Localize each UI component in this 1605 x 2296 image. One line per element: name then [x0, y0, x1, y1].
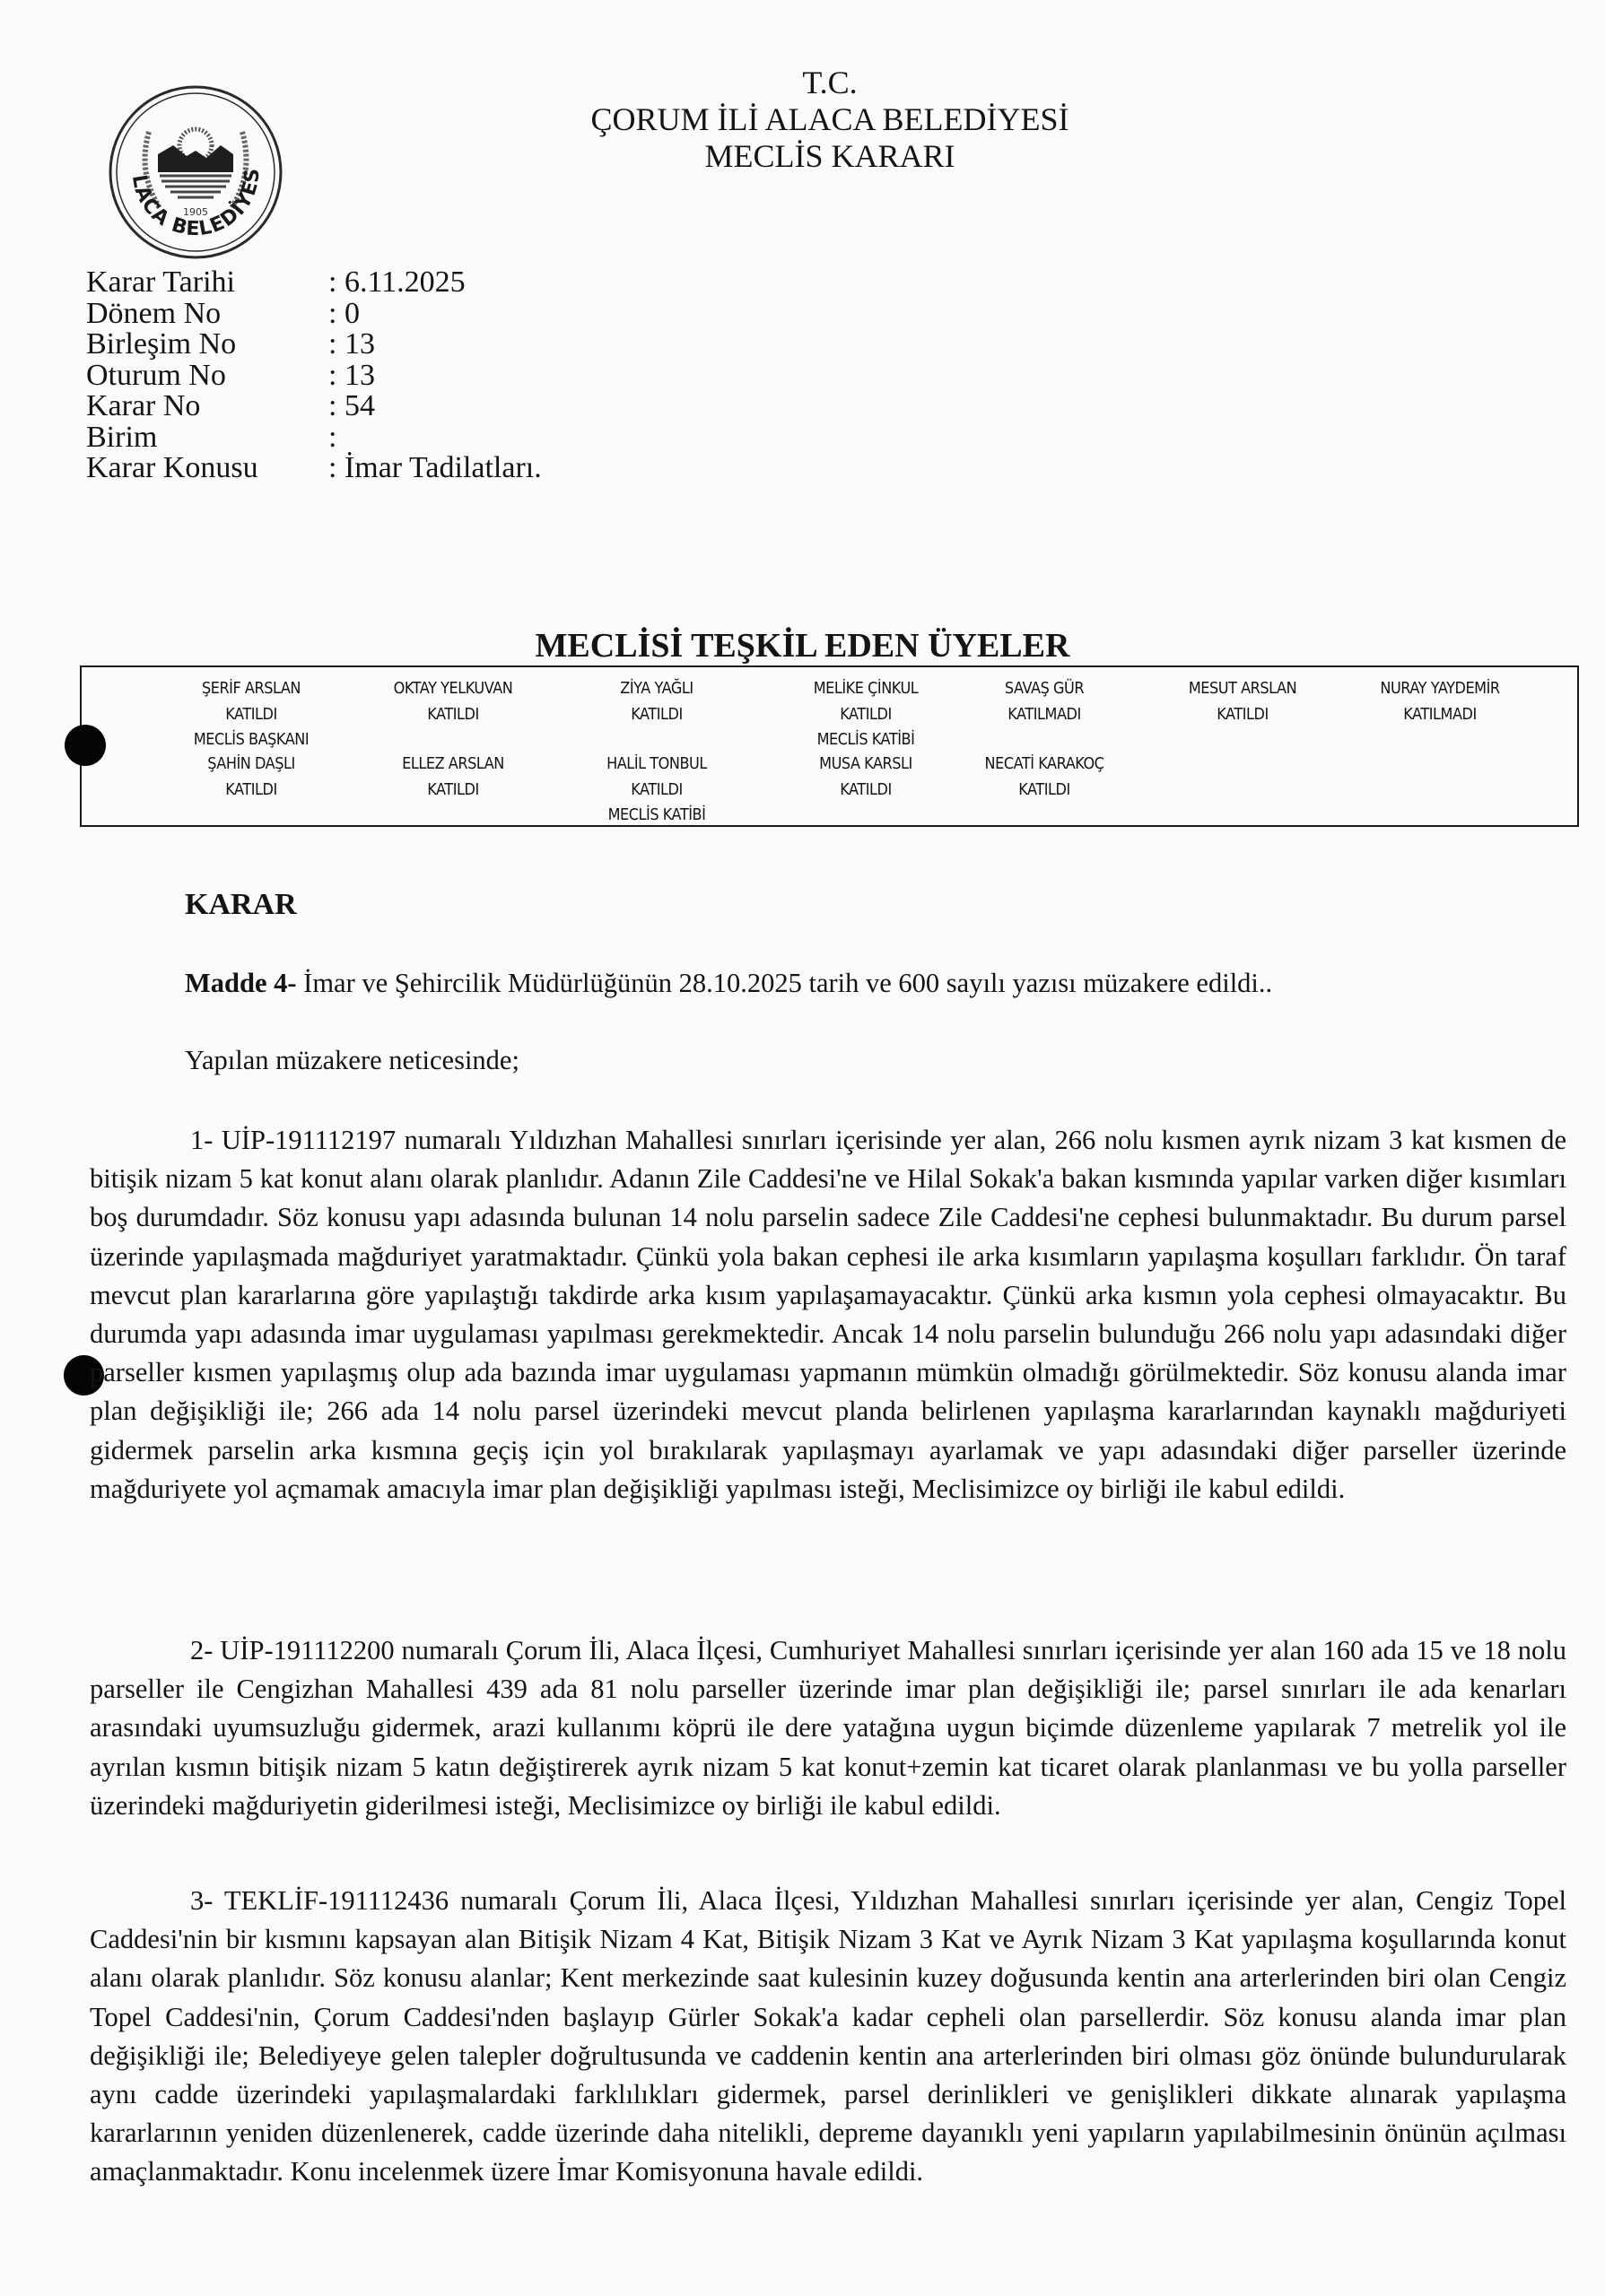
member-name: ZİYA YAĞLI [558, 676, 756, 702]
member-role: MECLİS KATİBİ [767, 727, 965, 753]
member-name: ELLEZ ARSLAN [354, 752, 553, 778]
member-entry: SAVAŞ GÜRKATILMADI [946, 676, 1144, 727]
member-name: NURAY YAYDEMİR [1341, 676, 1540, 702]
member-name: OKTAY YELKUVAN [354, 676, 553, 702]
decision-paragraph-2: 2- UİP-191112200 numaralı Çorum İli, Ala… [90, 1631, 1566, 1825]
meta-label: Karar Konusu [86, 453, 328, 484]
member-role: MECLİS KATİBİ [558, 803, 756, 829]
member-status: KATILDI [354, 778, 553, 804]
member-entry: NECATİ KARAKOÇKATILDI [946, 752, 1144, 803]
member-entry: OKTAY YELKUVANKATILDI [354, 676, 553, 727]
member-status: KATILDI [558, 778, 756, 804]
meta-row: Karar Tarihi: 6.11.2025 [86, 267, 542, 299]
member-status: KATILDI [767, 702, 965, 728]
madde-text: İmar ve Şehircilik Müdürlüğünün 28.10.20… [297, 968, 1273, 998]
meta-label: Birleşim No [86, 329, 328, 361]
madde-line: Madde 4- İmar ve Şehircilik Müdürlüğünün… [185, 968, 1272, 999]
meta-label: Oturum No [86, 361, 328, 392]
member-entry: ŞAHİN DAŞLIKATILDI [153, 752, 351, 803]
member-role: MECLİS BAŞKANI [153, 727, 351, 753]
member-status: KATILDI [767, 778, 965, 804]
members-title: MECLİSİ TEŞKİL EDEN ÜYELER [0, 628, 1605, 664]
meta-row: Oturum No: 13 [86, 361, 542, 392]
member-entry: ŞERİF ARSLANKATILDIMECLİS BAŞKANI [153, 676, 351, 753]
member-name: HALİL TONBUL [558, 752, 756, 778]
decision-heading: KARAR [185, 888, 297, 922]
decision-paragraph-3: 3- TEKLİF-191112436 numaralı Çorum İli, … [90, 1882, 1566, 2192]
member-entry: NURAY YAYDEMİRKATILMADI [1341, 676, 1540, 727]
member-status: KATILDI [153, 702, 351, 728]
document-header: T.C. ÇORUM İLİ ALACA BELEDİYESİ MECLİS K… [502, 65, 1157, 175]
member-name: ŞAHİN DAŞLI [153, 752, 351, 778]
meta-label: Birim [86, 422, 328, 454]
meta-label: Karar No [86, 391, 328, 422]
member-name: MUSA KARSLI [767, 752, 965, 778]
meta-value: : 13 [328, 361, 375, 392]
hole-punch-mark [65, 725, 106, 766]
meta-value: : 0 [328, 299, 360, 330]
decision-meta: Karar Tarihi: 6.11.2025Dönem No: 0Birleş… [86, 267, 542, 484]
member-name: MELİKE ÇİNKUL [767, 676, 965, 702]
meta-value: : 13 [328, 329, 375, 361]
meta-value: : 54 [328, 391, 375, 422]
member-status: KATILMADI [1341, 702, 1540, 728]
member-status: KATILDI [354, 702, 553, 728]
document-page: 1905 ALACA BELEDİYESİ T.C. ÇORUM İLİ ALA… [0, 0, 1605, 2296]
meta-value: : [328, 422, 336, 454]
meta-row: Dönem No: 0 [86, 299, 542, 330]
meta-row: Birim: [86, 422, 542, 454]
header-tc: T.C. [502, 65, 1157, 101]
member-status: KATILDI [153, 778, 351, 804]
member-entry: MELİKE ÇİNKULKATILDIMECLİS KATİBİ [767, 676, 965, 753]
meta-label: Dönem No [86, 299, 328, 330]
decision-paragraph-1: 1- UİP-191112197 numaralı Yıldızhan Maha… [90, 1121, 1566, 1509]
header-municipality: ÇORUM İLİ ALACA BELEDİYESİ [502, 101, 1157, 138]
member-name: SAVAŞ GÜR [946, 676, 1144, 702]
header-document-type: MECLİS KARARI [502, 138, 1157, 175]
meta-row: Karar No: 54 [86, 391, 542, 422]
member-name: ŞERİF ARSLAN [153, 676, 351, 702]
member-status: KATILMADI [946, 702, 1144, 728]
member-entry: ZİYA YAĞLIKATILDI [558, 676, 756, 727]
member-name: MESUT ARSLAN [1144, 676, 1342, 702]
meta-row: Birleşim No: 13 [86, 329, 542, 361]
member-entry: HALİL TONBULKATILDIMECLİS KATİBİ [558, 752, 756, 829]
member-name: NECATİ KARAKOÇ [946, 752, 1144, 778]
alaca-belediyesi-seal-icon: 1905 ALACA BELEDİYESİ [106, 83, 285, 262]
meta-row: Karar Konusu: İmar Tadilatları. [86, 453, 542, 484]
meta-label: Karar Tarihi [86, 267, 328, 299]
meta-value: : 6.11.2025 [328, 267, 466, 299]
madde-label: Madde 4- [185, 968, 297, 998]
decision-intro: Yapılan müzakere neticesinde; [185, 1045, 519, 1076]
svg-text:1905: 1905 [183, 206, 208, 218]
member-entry: MESUT ARSLANKATILDI [1144, 676, 1342, 727]
member-status: KATILDI [558, 702, 756, 728]
member-entry: ELLEZ ARSLANKATILDI [354, 752, 553, 803]
meta-value: : İmar Tadilatları. [328, 453, 542, 484]
members-box: ŞERİF ARSLANKATILDIMECLİS BAŞKANIOKTAY Y… [80, 665, 1579, 827]
member-status: KATILDI [1144, 702, 1342, 728]
member-entry: MUSA KARSLIKATILDI [767, 752, 965, 803]
member-status: KATILDI [946, 778, 1144, 804]
